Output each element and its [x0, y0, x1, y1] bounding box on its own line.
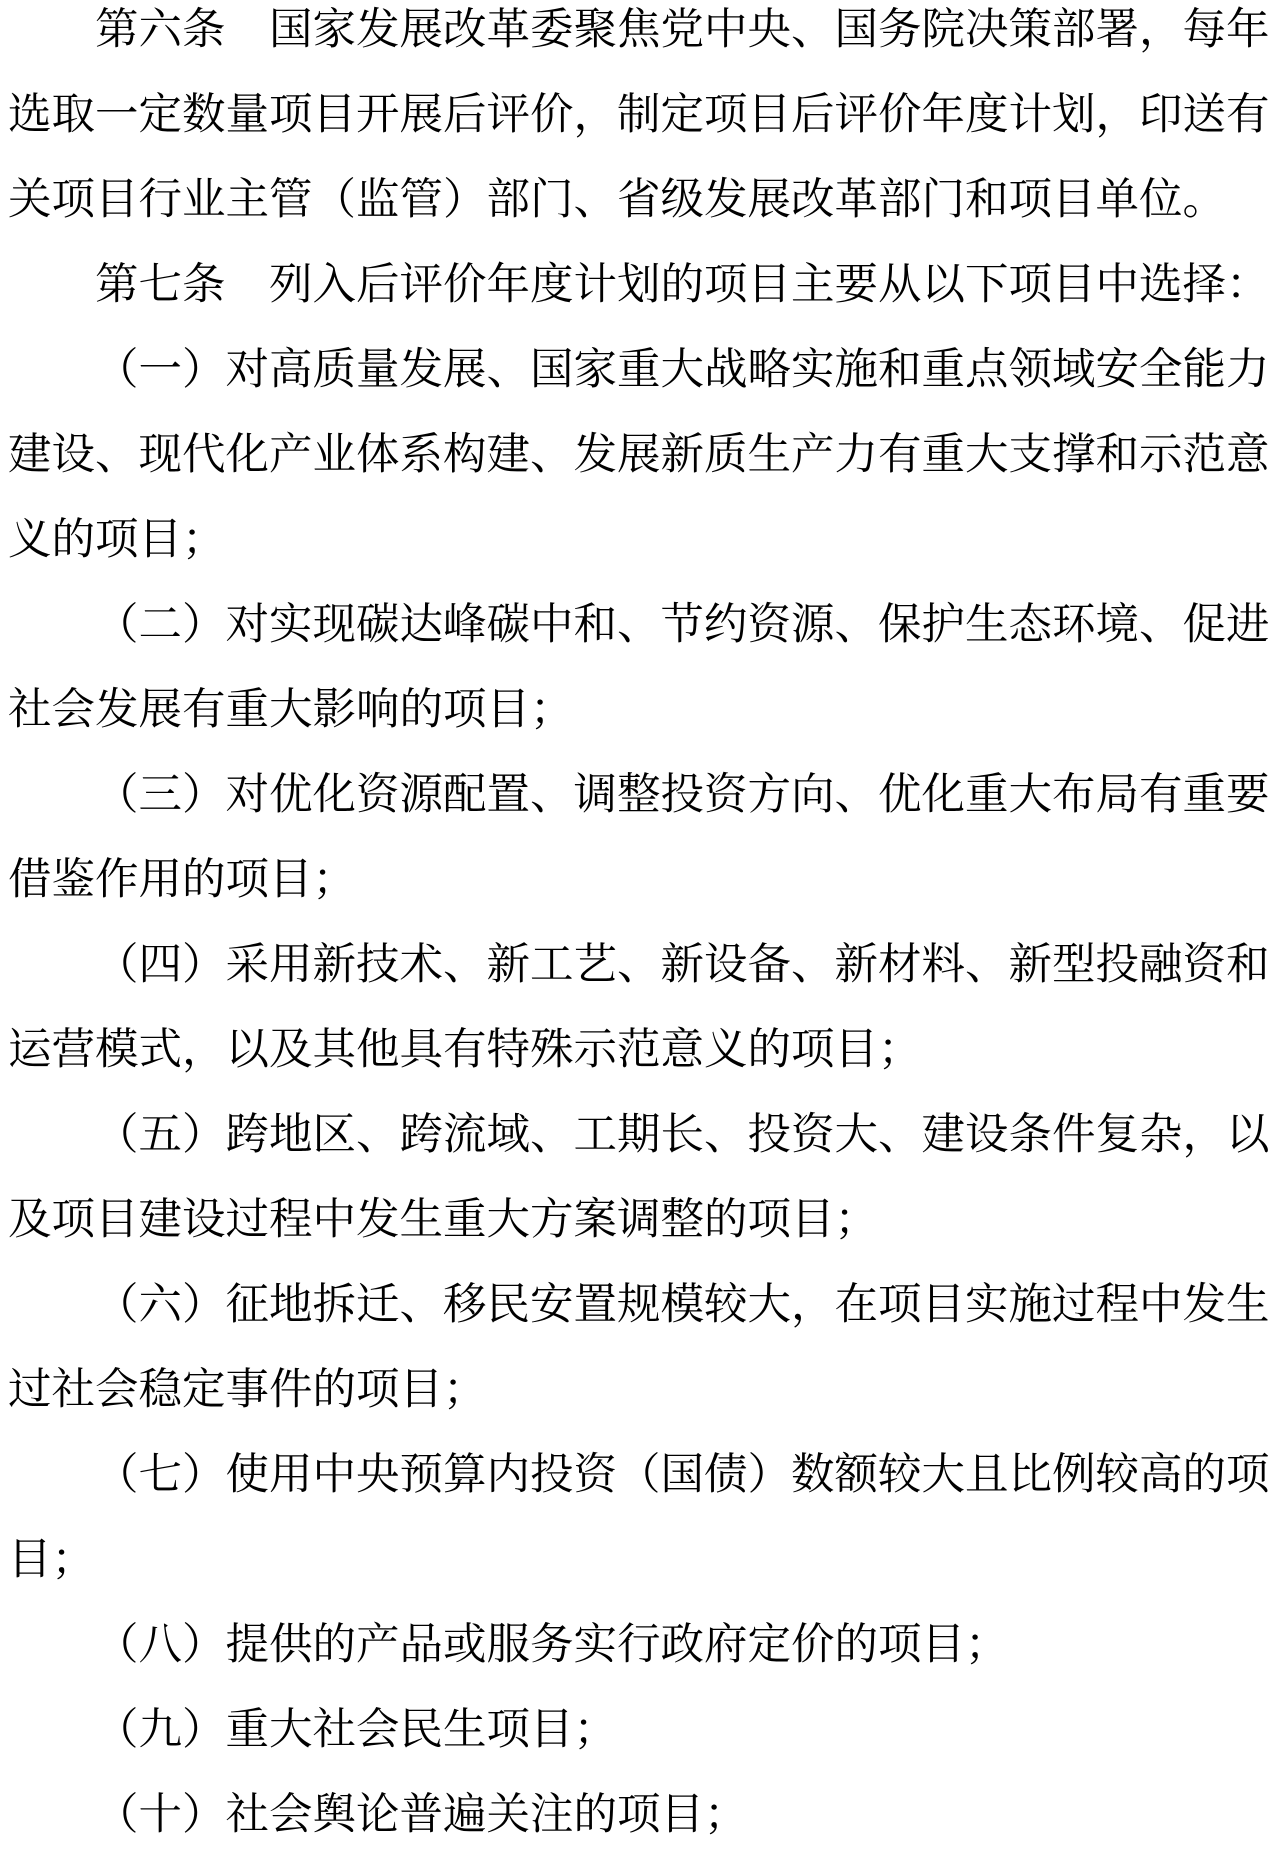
article-7-line: 第七条 列入后评价年度计划的项目主要从以下项目中选择： [8, 243, 1278, 328]
article-7-item-2: （二）对实现碳达峰碳中和、节约资源、保护生态环境、促进 [8, 583, 1278, 668]
article-7-item-4: （四）采用新技术、新工艺、新设备、新材料、新型投融资和 [8, 923, 1278, 1008]
article-7-item-10: （十）社会舆论普遍关注的项目； [8, 1773, 1278, 1858]
article-6-line: 选取一定数量项目开展后评价，制定项目后评价年度计划，印送有 [8, 73, 1278, 158]
document-text-block: 第六条 国家发展改革委聚焦党中央、国务院决策部署，每年 选取一定数量项目开展后评… [8, 0, 1278, 1858]
article-7-item-7: （七）使用中央预算内投资（国债）数额较大且比例较高的项 [8, 1433, 1278, 1518]
article-7-item-1: （一）对高质量发展、国家重大战略实施和重点领域安全能力 [8, 328, 1278, 413]
article-6-line: 第六条 国家发展改革委聚焦党中央、国务院决策部署，每年 [8, 0, 1278, 73]
document-page-background: { "document": { "language": "zh-CN", "te… [0, 0, 1280, 1868]
article-7-item-3: （三）对优化资源配置、调整投资方向、优化重大布局有重要 [8, 753, 1278, 838]
article-7-item-1: 义的项目； [8, 498, 1278, 583]
article-7-item-6: 过社会稳定事件的项目； [8, 1348, 1278, 1433]
article-7-item-7: 目； [8, 1518, 1278, 1603]
article-7-item-1: 建设、现代化产业体系构建、发展新质生产力有重大支撑和示范意 [8, 413, 1278, 498]
article-7-item-9: （九）重大社会民生项目； [8, 1688, 1278, 1773]
article-6-line: 关项目行业主管（监管）部门、省级发展改革部门和项目单位。 [8, 158, 1278, 243]
article-7-item-6: （六）征地拆迁、移民安置规模较大，在项目实施过程中发生 [8, 1263, 1278, 1348]
article-7-item-8: （八）提供的产品或服务实行政府定价的项目； [8, 1603, 1278, 1688]
article-7-item-2: 社会发展有重大影响的项目； [8, 668, 1278, 753]
article-7-item-5: （五）跨地区、跨流域、工期长、投资大、建设条件复杂，以 [8, 1093, 1278, 1178]
article-7-item-3: 借鉴作用的项目； [8, 838, 1278, 923]
article-7-item-4: 运营模式，以及其他具有特殊示范意义的项目； [8, 1008, 1278, 1093]
article-7-item-5: 及项目建设过程中发生重大方案调整的项目； [8, 1178, 1278, 1263]
